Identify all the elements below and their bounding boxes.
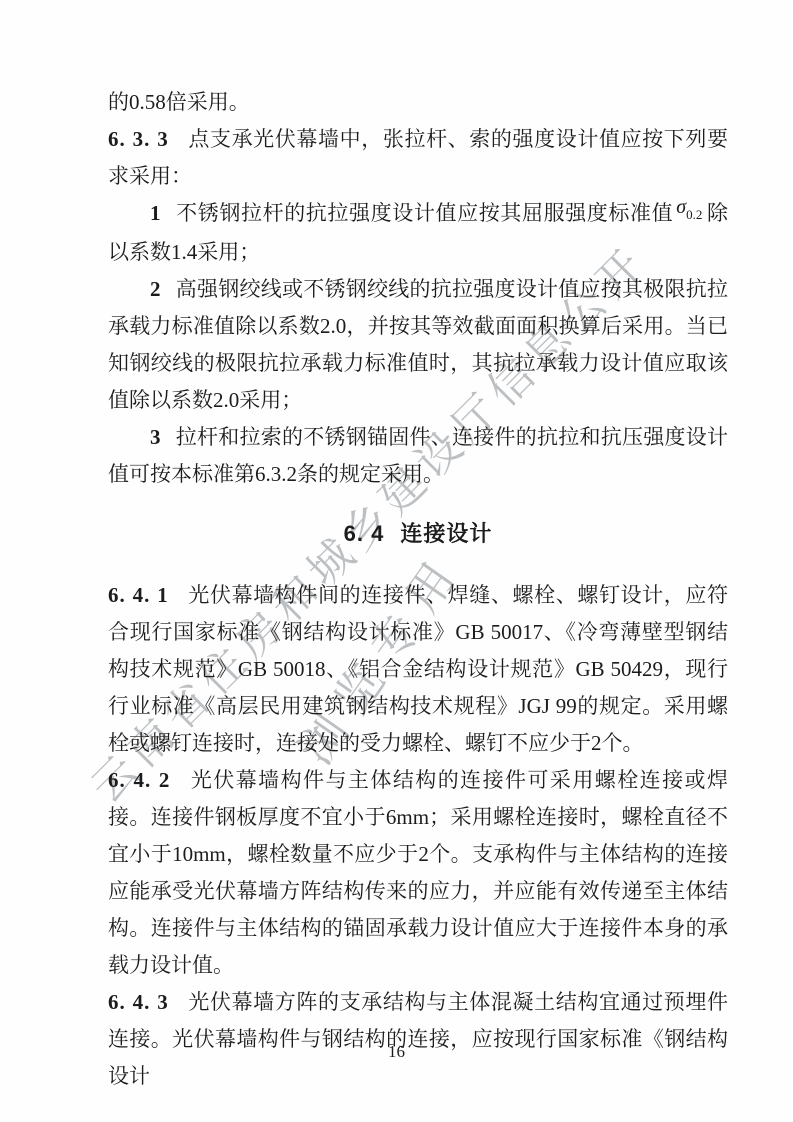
paragraph-continuation-text: 的0.58倍采用。	[108, 90, 250, 114]
clause-text: 光伏幕墙构件与主体结构的连接件可采用螺栓连接或焊接。连接件钢板厚度不宜小于6mm…	[108, 768, 728, 977]
clause-6-4-3: 6. 4. 3光伏幕墙方阵的支承结构与主体混凝土结构宜通过预埋件连接。光伏幕墙构…	[108, 984, 728, 1095]
item-number: 3	[150, 425, 161, 449]
sigma-subscript: 0.2	[686, 207, 702, 222]
clause-text: 光伏幕墙构件间的连接件、焊缝、螺栓、螺钉设计，应符合现行国家标准《钢结构设计标准…	[108, 583, 728, 755]
section-heading-number: 6. 4	[344, 521, 385, 546]
section-heading-title: 连接设计	[400, 521, 492, 546]
clause-number: 6. 4. 2	[108, 768, 170, 792]
item-text-before-sigma: 不锈钢拉杆的抗拉强度设计值应按其屈服强度标准值	[176, 201, 674, 225]
list-item-2: 2高强钢绞线或不锈钢绞线的抗拉强度设计值应按其极限抗拉承载力标准值除以系数2.0…	[108, 271, 728, 419]
clause-text: 点支承光伏幕墙中，张拉杆、索的强度设计值应按下列要求采用：	[108, 127, 728, 188]
clause-text: 光伏幕墙方阵的支承结构与主体混凝土结构宜通过预埋件连接。光伏幕墙构件与钢结构的连…	[108, 990, 728, 1088]
text-block: 的0.58倍采用。 6. 3. 3点支承光伏幕墙中，张拉杆、索的强度设计值应按下…	[108, 84, 728, 1095]
item-number: 2	[150, 277, 161, 301]
list-item-3: 3拉杆和拉索的不锈钢锚固件、连接件的抗拉和抗压强度设计值可按本标准第6.3.2条…	[108, 419, 728, 493]
clause-number: 6. 3. 3	[108, 127, 169, 151]
section-heading-6-4: 6. 4连接设计	[108, 515, 728, 552]
paragraph-continuation: 的0.58倍采用。	[108, 84, 728, 121]
clause-6-4-1: 6. 4. 1光伏幕墙构件间的连接件、焊缝、螺栓、螺钉设计，应符合现行国家标准《…	[108, 577, 728, 762]
sigma-symbol: σ	[676, 196, 686, 218]
clause-6-4-2: 6. 4. 2光伏幕墙构件与主体结构的连接件可采用螺栓连接或焊接。连接件钢板厚度…	[108, 762, 728, 984]
page-number: 16	[0, 1042, 793, 1062]
item-text: 拉杆和拉索的不锈钢锚固件、连接件的抗拉和抗压强度设计值可按本标准第6.3.2条的…	[108, 425, 728, 486]
item-text: 高强钢绞线或不锈钢绞线的抗拉强度设计值应按其极限抗拉承载力标准值除以系数2.0，…	[108, 277, 728, 412]
clause-6-3-3: 6. 3. 3点支承光伏幕墙中，张拉杆、索的强度设计值应按下列要求采用：	[108, 121, 728, 195]
list-item-1: 1不锈钢拉杆的抗拉强度设计值应按其屈服强度标准值σ0.2除以系数1.4采用；	[108, 195, 728, 271]
document-page: 云南省住房和城乡建设厅信息公开 浏览专用 的0.58倍采用。 6. 3. 3点支…	[0, 0, 793, 1122]
item-number: 1	[150, 201, 161, 225]
clause-number: 6. 4. 1	[108, 583, 169, 607]
clause-number: 6. 4. 3	[108, 990, 169, 1014]
